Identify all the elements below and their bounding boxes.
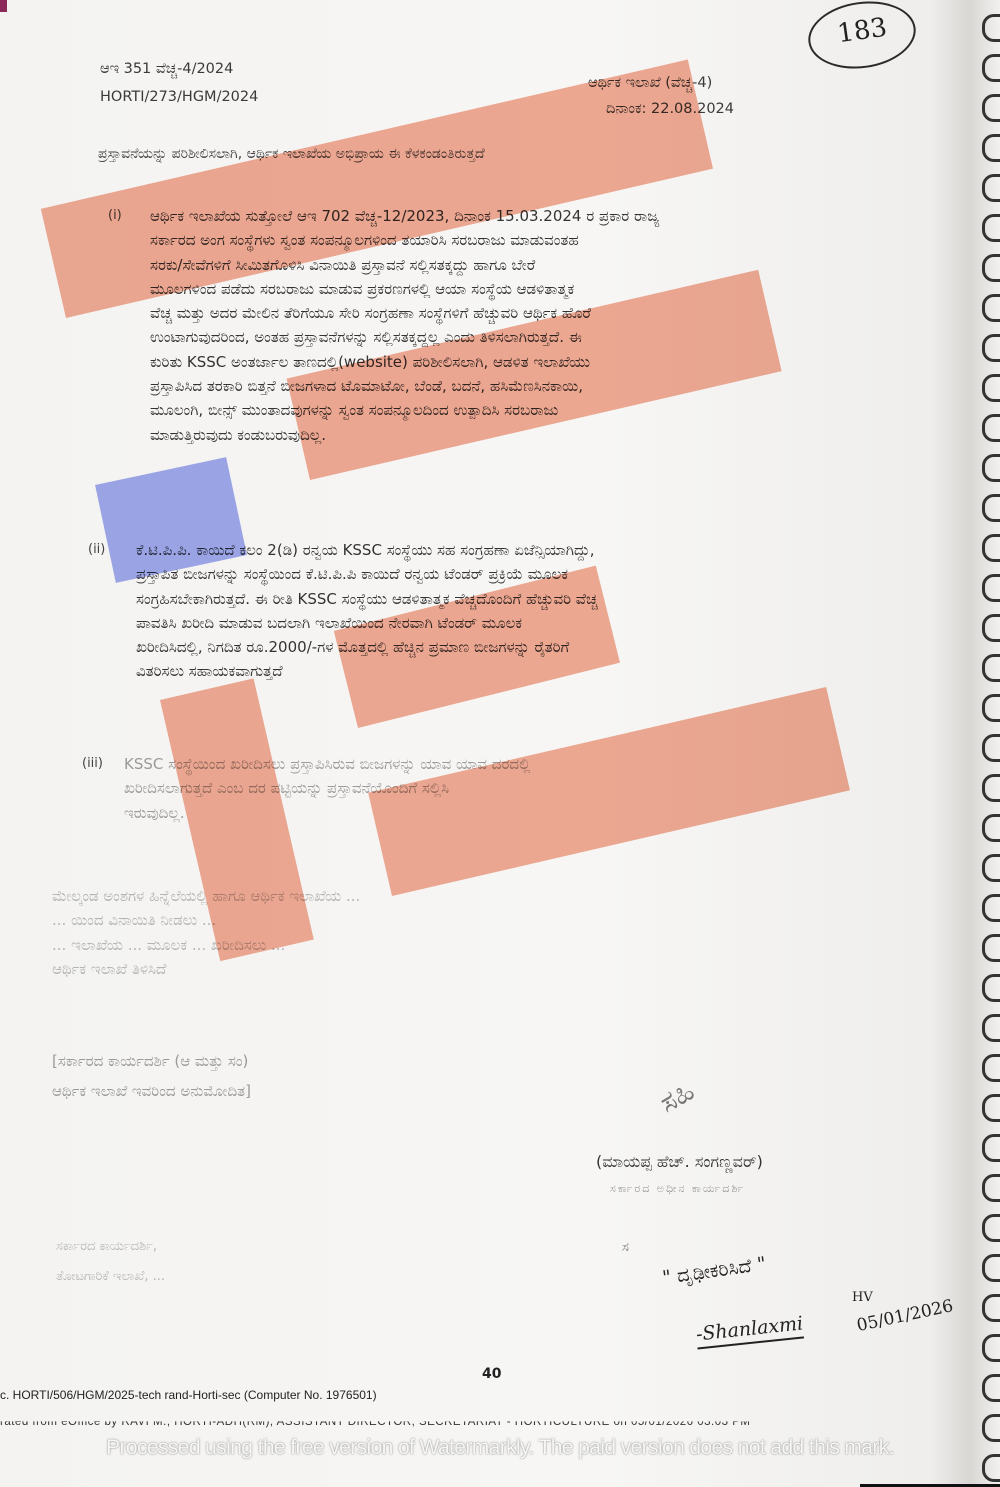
spiral-ring (982, 1134, 1000, 1162)
spiral-ring (982, 414, 1000, 442)
closing-paragraph: ಮೇಲ್ಕಂಡ ಅಂಶಗಳ ಹಿನ್ನೆಲೆಯಲ್ಲಿ ಹಾಗೂ ಆರ್ಥಿಕ … (52, 884, 894, 981)
text-line: [ಸರ್ಕಾರದ ಕಾರ್ಯದರ್ಶಿ (ಆ ಮತ್ತು ಸಂ) (52, 1046, 452, 1076)
file-reference: c. HORTI/506/HGM/2025-tech rand-Horti-se… (0, 1388, 377, 1402)
text-line: ಮೇಲ್ಕಂಡ ಅಂಶಗಳ ಹಿನ್ನೆಲೆಯಲ್ಲಿ ಹಾಗೂ ಆರ್ಥಿಕ … (52, 884, 894, 908)
spiral-ring (982, 694, 1000, 722)
spiral-ring (982, 894, 1000, 922)
corner-mark (0, 0, 7, 12)
reference-number-code: HORTI/273/HGM/2024 (100, 86, 258, 108)
spiral-ring (982, 734, 1000, 762)
spiral-ring (982, 1254, 1000, 1282)
handwritten-tick: ಸ (622, 1240, 629, 1255)
spiral-ring (982, 814, 1000, 842)
spiral-ring (982, 1014, 1000, 1042)
spiral-ring (982, 654, 1000, 682)
spiral-ring (982, 214, 1000, 242)
text-line: ಕೆ.ಟಿ.ಪಿ.ಪಿ. ಕಾಯಿದೆ ಕಲಂ 2(ಡಿ) ರನ್ವಯ KSSC… (136, 538, 894, 562)
spiral-ring (982, 334, 1000, 362)
spiral-ring (982, 1454, 1000, 1482)
spiral-ring (982, 1214, 1000, 1242)
spiral-ring (982, 974, 1000, 1002)
spiral-ring (982, 54, 1000, 82)
spiral-ring (982, 1334, 1000, 1362)
text-line: ಸರ್ಕಾರದ ಕಾರ್ಯದರ್ಶಿ, (56, 1232, 396, 1262)
reference-number-kannada: ಆಇ 351 ವೆಚ್ಚ-4/2024 (100, 58, 233, 80)
text-line: ಆರ್ಥಿಕ ಇಲಾಖೆ ಇವರಿಂದ ಅನುಮೋದಿತ] (52, 1076, 452, 1106)
text-line: ತೋಟಗಾರಿಕೆ ಇಲಾಖೆ, ... (56, 1262, 396, 1292)
text-line: ಮೂಲಗಳಿಂದ ಪಡೆದು ಸರಬರಾಜು ಮಾಡುವ ಪ್ರಕರಣಗಳಲ್ಲ… (150, 277, 894, 301)
text-line: ಆರ್ಥಿಕ ಇಲಾಖೆ ತಿಳಿಸಿದೆ (52, 957, 894, 981)
recipient-block: ಸರ್ಕಾರದ ಕಾರ್ಯದರ್ಶಿ,ತೋಟಗಾರಿಕೆ ಇಲಾಖೆ, ... (56, 1232, 396, 1292)
spiral-ring (982, 1054, 1000, 1082)
paragraph-number: (ii) (88, 538, 105, 562)
approval-note: [ಸರ್ಕಾರದ ಕಾರ್ಯದರ್ಶಿ (ಆ ಮತ್ತು ಸಂ)ಆರ್ಥಿಕ ಇ… (52, 1046, 452, 1106)
text-line: ವೆಚ್ಚ ಮತ್ತು ಅದರ ಮೇಲಿನ ತೆರಿಗೆಯೂ ಸೇರಿ ಸಂಗ್… (150, 301, 894, 325)
text-line: ಪ್ರಸ್ತಾಪಿತ ಬೀಜಗಳನ್ನು ಸಂಸ್ಥೆಯಿಂದ ಕೆ.ಟಿ.ಪಿ… (136, 562, 894, 586)
signatory-designation: ಸರ್ಕಾರದ ಅಧೀನ ಕಾರ್ಯದರ್ಶಿ (610, 1182, 745, 1196)
spiral-ring (982, 934, 1000, 962)
spiral-ring (982, 1374, 1000, 1402)
spiral-ring (982, 534, 1000, 562)
spiral-ring (982, 574, 1000, 602)
spiral-ring (982, 14, 1000, 42)
spiral-ring (982, 374, 1000, 402)
watermark-text: Processed using the free version of Wate… (0, 1436, 1000, 1460)
page-number: 40 (482, 1366, 501, 1382)
spiral-ring (982, 1294, 1000, 1322)
spiral-ring (982, 134, 1000, 162)
paragraph-number: (iii) (82, 752, 103, 776)
spiral-ring (982, 854, 1000, 882)
attestation-initials: HV (852, 1290, 873, 1305)
spiral-ring (982, 494, 1000, 522)
spiral-ring (982, 454, 1000, 482)
text-line: ... ಯಿಂದ ವಿನಾಯಿತಿ ನೀಡಲು ... (52, 908, 894, 932)
spiral-ring (982, 294, 1000, 322)
text-line: ... ಇಲಾಖೆಯ ... ಮೂಲಕ ... ಖರೀದಿಸಲು ... (52, 933, 894, 957)
spiral-ring (982, 774, 1000, 802)
spiral-ring (982, 614, 1000, 642)
spiral-ring (982, 1414, 1000, 1442)
spiral-ring (982, 174, 1000, 202)
spiral-ring (982, 1094, 1000, 1122)
spiral-ring (982, 254, 1000, 282)
page-mark-number: 183 (836, 13, 889, 50)
signatory-name: (ಮಾಯಪ್ಪ ಹೆಚ್. ಸಂಗಣ್ಣವರ್) (596, 1152, 763, 1172)
spiral-ring (982, 94, 1000, 122)
spiral-ring (982, 1174, 1000, 1202)
